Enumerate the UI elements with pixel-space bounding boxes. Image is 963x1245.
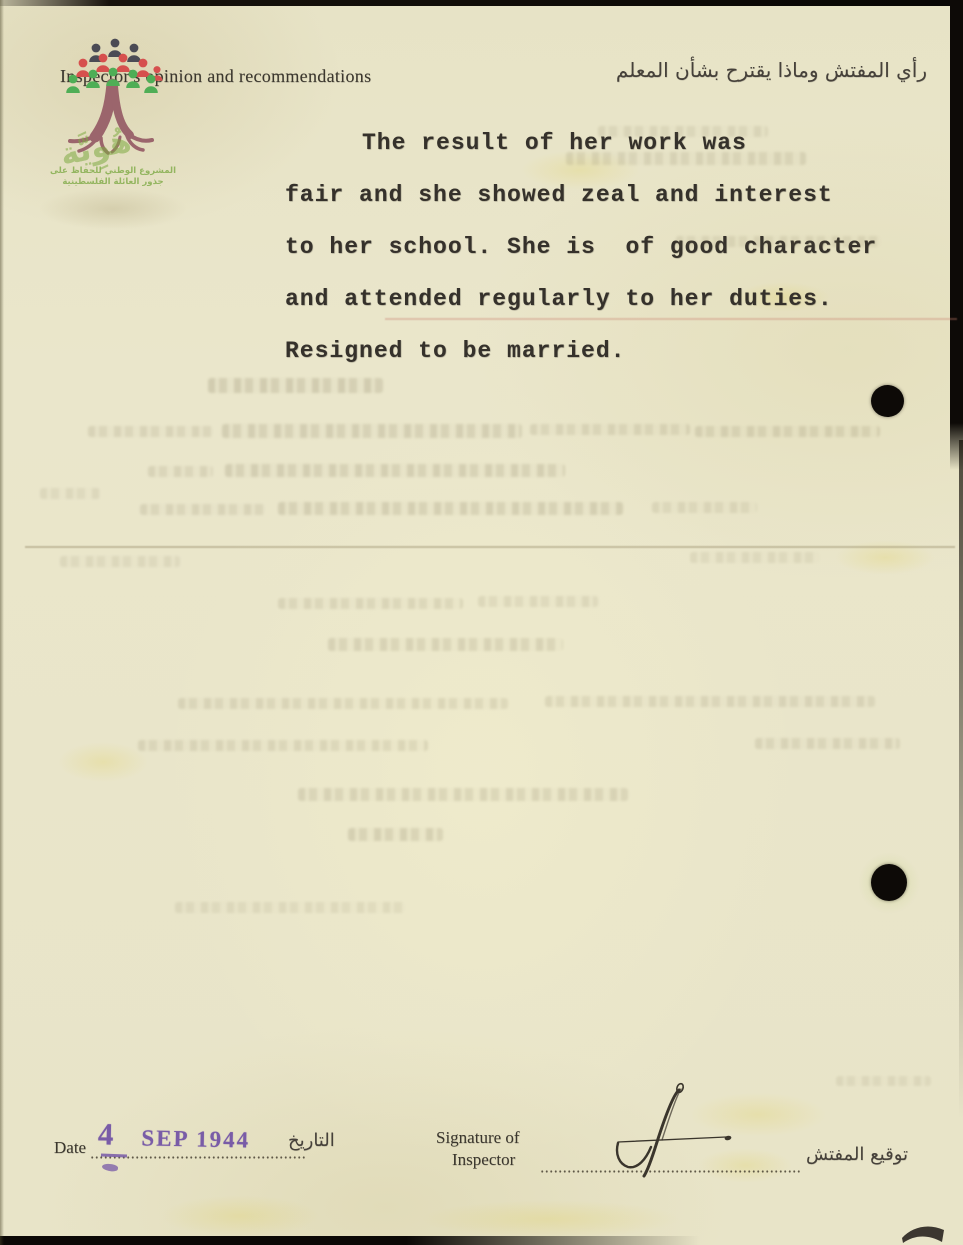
logo-tagline: المشروع الوطني للحفاظ على جذور العائلة ا… <box>48 166 178 187</box>
bleedthrough-smudge <box>836 1076 931 1086</box>
date-label-english: Date <box>54 1138 86 1158</box>
bleedthrough-smudge <box>328 638 563 651</box>
bleedthrough-smudge <box>225 464 565 477</box>
bleedthrough-smudge <box>278 598 463 609</box>
paper-stain <box>160 1195 320 1237</box>
bleedthrough-smudge <box>755 738 900 749</box>
bleedthrough-smudge <box>348 828 443 841</box>
document-page: هُوِيَّة المشروع الوطني للحفاظ على جذور … <box>0 0 963 1245</box>
bleedthrough-smudge <box>140 504 265 515</box>
bleedthrough-smudge <box>545 696 875 707</box>
paper-stain <box>38 188 188 230</box>
bleedthrough-smudge <box>222 424 522 438</box>
bleedthrough-smudge <box>598 126 768 137</box>
bleedthrough-smudge <box>695 426 880 437</box>
bleedthrough-smudge <box>148 466 213 477</box>
punch-hole <box>871 385 904 417</box>
date-stamp-month-year: SEP 1944 <box>141 1125 250 1152</box>
bleedthrough-smudge <box>138 740 428 751</box>
bleedthrough-smudge <box>478 596 598 607</box>
bleedthrough-smudge <box>690 552 820 563</box>
bleedthrough-smudge <box>676 236 881 247</box>
paper-stain <box>58 742 148 782</box>
scan-edge-right-fade <box>959 440 963 1120</box>
inspector-signature-ink <box>600 1080 750 1190</box>
logo-tagline-line1: المشروع الوطني للحفاظ على <box>48 166 178 177</box>
signature-label-line1: Signature of <box>436 1128 520 1148</box>
scan-edge-left <box>0 0 4 1245</box>
bleedthrough-smudge <box>530 424 690 435</box>
crease-line <box>25 546 955 548</box>
typewritten-line: fair and she showed zeal and interest <box>285 182 833 208</box>
crease-line <box>385 318 957 320</box>
bleedthrough-smudge <box>60 556 180 567</box>
signature-label-line2: Inspector <box>452 1150 515 1170</box>
date-stamp-day: 4 <box>98 1116 114 1151</box>
typewritten-line: and attended regularly to her duties. <box>285 286 833 312</box>
bleedthrough-smudge <box>208 378 383 393</box>
date-stamp-smudge <box>102 1163 119 1173</box>
bleedthrough-smudge <box>652 502 757 513</box>
bleedthrough-smudge <box>40 488 100 499</box>
scan-edge-bottom <box>0 1236 700 1245</box>
scan-edge-right <box>950 0 963 470</box>
bleedthrough-smudge <box>88 426 213 437</box>
punch-hole <box>871 864 907 901</box>
bleedthrough-smudge <box>175 902 405 913</box>
bleedthrough-smudge <box>178 698 508 709</box>
bleedthrough-smudge <box>566 152 806 165</box>
date-stamp: 4SEP 1944 <box>98 1116 251 1155</box>
form-heading-arabic: رأي المفتش وماذا يقترح بشأن المعلم <box>616 58 927 82</box>
huwiyya-logo: هُوِيَّة المشروع الوطني للحفاظ على جذور … <box>48 38 198 208</box>
paper-stain <box>420 1200 680 1238</box>
scan-edge-top <box>0 0 963 6</box>
logo-tagline-line2: جذور العائلة الفلسطينية <box>48 177 178 188</box>
signature-label-arabic: توقيع المفتش <box>806 1144 908 1165</box>
typewritten-line: Resigned to be married. <box>285 338 625 364</box>
bleedthrough-smudge <box>298 788 628 801</box>
ink-mark <box>898 1222 950 1245</box>
date-label-arabic: التاريخ <box>288 1130 335 1151</box>
bleedthrough-smudge <box>278 502 623 515</box>
